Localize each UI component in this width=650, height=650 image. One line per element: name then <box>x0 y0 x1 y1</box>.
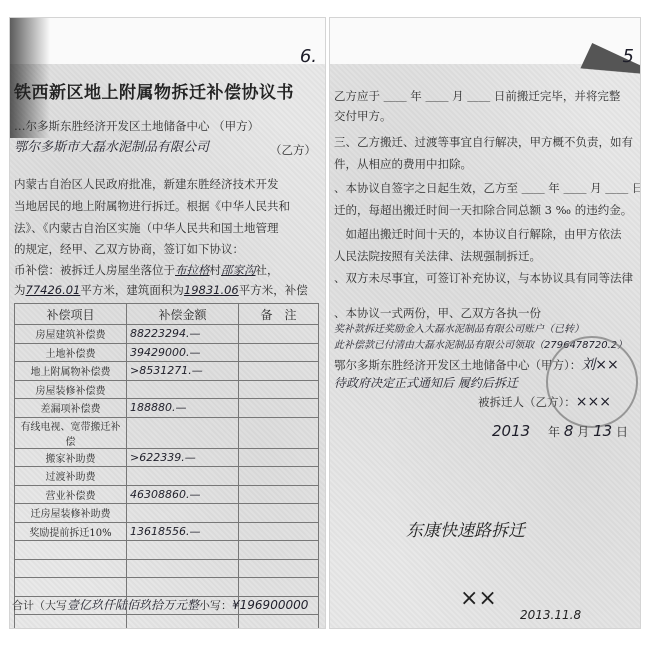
row-note <box>239 399 319 418</box>
row-note <box>239 325 319 344</box>
group-field: 邵家沟 <box>221 263 256 277</box>
party-a-name: …尔多斯东胜经济开发区土地储备中心 <box>14 119 210 133</box>
official-seal <box>546 336 638 428</box>
row-amount: 88223294.— <box>127 325 239 344</box>
row-note <box>239 417 319 448</box>
body-line: 的规定，经甲、乙双方协商，签订如下协议： <box>14 241 244 257</box>
body-line: 当地居民的地上附属物进行拆迁。根据《中华人民共和 <box>14 198 290 214</box>
table-row: 搬家补助费>622339.— <box>15 448 319 467</box>
row-note <box>239 485 319 504</box>
handwritten-remark: 待政府决定正式通知后 履约后拆迁 <box>334 374 518 391</box>
table-row: 奖励提前拆迁10%13618556.— <box>15 522 319 541</box>
row-item: 迁房屋装修补助费 <box>15 504 127 523</box>
town-field: 布拉格 <box>175 263 210 277</box>
row-amount <box>127 615 239 629</box>
page-number: 5 <box>623 46 634 67</box>
table-row: 差漏项补偿费188880.— <box>15 399 319 418</box>
area-line: 为77426.01平方米，建筑面积为19831.06平方米，补偿 <box>14 282 308 298</box>
row-amount <box>127 541 239 560</box>
table-row <box>15 541 319 560</box>
row-amount: 46308860.— <box>127 485 239 504</box>
row-item <box>15 559 127 578</box>
row-item: 房屋建筑补偿费 <box>15 325 127 344</box>
row-note <box>239 362 319 381</box>
row-item: 房屋装修补偿费 <box>15 380 127 399</box>
row-item: 差漏项补偿费 <box>15 399 127 418</box>
right-page: 5 乙方应于 ＿＿ 年 ＿＿ 月 ＿＿ 日前搬迁完毕，并将完整 交付甲方。 三、… <box>330 18 640 628</box>
bottom-signature: ×× <box>460 586 497 611</box>
row-amount <box>127 380 239 399</box>
document-title: 铁西新区地上附属物拆迁补偿协议书 <box>14 78 294 103</box>
party-b-line: 鄂尔多斯市大磊水泥制品有限公司 （乙方） <box>14 136 209 155</box>
clause-line: 、双方未尽事宜，可签订补充协议，与本协议具有同等法律 <box>334 270 633 286</box>
row-amount: 39429000.— <box>127 343 239 362</box>
clause-line: 乙方应于 ＿＿ 年 ＿＿ 月 ＿＿ 日前搬迁完毕，并将完整 <box>334 88 620 104</box>
clause-line: 交付甲方。 <box>334 108 392 124</box>
column-header: 补偿项目 <box>15 304 127 325</box>
party-a-line: …尔多斯东胜经济开发区土地储备中心 （甲方） <box>14 118 259 134</box>
table-row: 迁房屋装修补助费 <box>15 504 319 523</box>
row-item: 营业补偿费 <box>15 485 127 504</box>
scan-blank-area <box>10 18 325 64</box>
table-row: 土地补偿费39429000.— <box>15 343 319 362</box>
building-area-field: 19831.06 <box>184 283 239 297</box>
copies-line: 、本协议一式两份，甲、乙双方各执一份 <box>334 305 541 321</box>
row-note <box>239 541 319 560</box>
table-row: 有线电视、宽带搬迁补偿 <box>15 417 319 448</box>
bottom-date: 2013.11.8 <box>520 608 581 622</box>
sign-date: 2013 年 8 月 13 日 <box>492 422 628 440</box>
table-row <box>15 559 319 578</box>
table-row: 地上附属物补偿费>8531271.— <box>15 362 319 381</box>
row-item: 地上附属物补偿费 <box>15 362 127 381</box>
party-b-role: （乙方） <box>270 142 316 158</box>
row-item <box>15 578 127 597</box>
row-item <box>15 615 127 629</box>
row-amount <box>127 417 239 448</box>
row-note <box>239 380 319 399</box>
row-amount <box>127 467 239 486</box>
row-item: 有线电视、宽带搬迁补偿 <box>15 417 127 448</box>
left-page: 6. 铁西新区地上附属物拆迁补偿协议书 …尔多斯东胜经济开发区土地储备中心 （甲… <box>10 18 325 628</box>
clause-line: 件，从相应的费用中扣除。 <box>334 156 472 172</box>
total-uppercase: 壹亿玖仟陆佰玖拾万元整 <box>67 598 199 612</box>
table-row <box>15 615 319 629</box>
table-row: 营业补偿费46308860.— <box>15 485 319 504</box>
row-note <box>239 615 319 629</box>
column-header: 备 注 <box>239 304 319 325</box>
row-item <box>15 541 127 560</box>
clause-line: 迁的，每超出搬迁时间一天扣除合同总额 3 ‰ 的违约金。 <box>334 202 632 218</box>
clause-line: 如超出搬迁时间十天的，本协议自行解除，由甲方依法 <box>334 226 622 242</box>
table-row: 房屋建筑补偿费88223294.— <box>15 325 319 344</box>
row-note <box>239 504 319 523</box>
clause-line: 三、乙方搬迁、过渡等事宜自行解决，甲方概不负责，如有 <box>334 134 633 150</box>
row-item: 土地补偿费 <box>15 343 127 362</box>
row-amount: >8531271.— <box>127 362 239 381</box>
compensation-table: 补偿项目 补偿金额 备 注 房屋建筑补偿费88223294.—土地补偿费3942… <box>14 303 319 628</box>
location-line: 币补偿：被拆迁人房屋坐落位于布拉格村邵家沟社， <box>14 262 279 278</box>
row-amount <box>127 578 239 597</box>
row-amount <box>127 559 239 578</box>
row-item: 奖励提前拆迁10% <box>15 522 127 541</box>
row-item: 过渡补助费 <box>15 467 127 486</box>
clause-line: 、本协议自签字之日起生效，乙方至 ＿＿ 年 ＿＿ 月 ＿＿ 日 <box>334 180 640 196</box>
row-amount <box>127 504 239 523</box>
row-note <box>239 559 319 578</box>
row-note <box>239 343 319 362</box>
body-line: 内蒙古自治区人民政府批准，新建东胜经济技术开发 <box>14 176 279 192</box>
page-number: 6. <box>300 46 317 67</box>
row-amount: 188880.— <box>127 399 239 418</box>
handwritten-note: 奖补款拆迁奖励金入大磊水泥制品有限公司账户（已转） <box>334 320 584 335</box>
table-row: 过渡补助费 <box>15 467 319 486</box>
party-a-role: （甲方） <box>213 119 259 133</box>
row-amount: >622339.— <box>127 448 239 467</box>
row-note <box>239 448 319 467</box>
bottom-handwritten-note: 东康快速路拆迁 <box>406 516 525 541</box>
row-note <box>239 522 319 541</box>
row-item: 搬家补助费 <box>15 448 127 467</box>
row-note <box>239 467 319 486</box>
land-area-field: 77426.01 <box>26 283 81 297</box>
table-row: 房屋装修补偿费 <box>15 380 319 399</box>
table-row <box>15 578 319 597</box>
total-line: 合计（大写壹亿玖仟陆佰玖拾万元整小写：¥196900000 <box>12 596 308 613</box>
row-note <box>239 578 319 597</box>
row-amount: 13618556.— <box>127 522 239 541</box>
body-line: 法》、《内蒙古自治区实施（中华人民共和国土地管理 <box>14 220 279 236</box>
total-amount: ¥196900000 <box>232 598 308 612</box>
clause-line: 人民法院按照有关法律、法规强制拆迁。 <box>334 248 541 264</box>
column-header: 补偿金额 <box>127 304 239 325</box>
party-b-name: 鄂尔多斯市大磊水泥制品有限公司 <box>14 140 209 155</box>
